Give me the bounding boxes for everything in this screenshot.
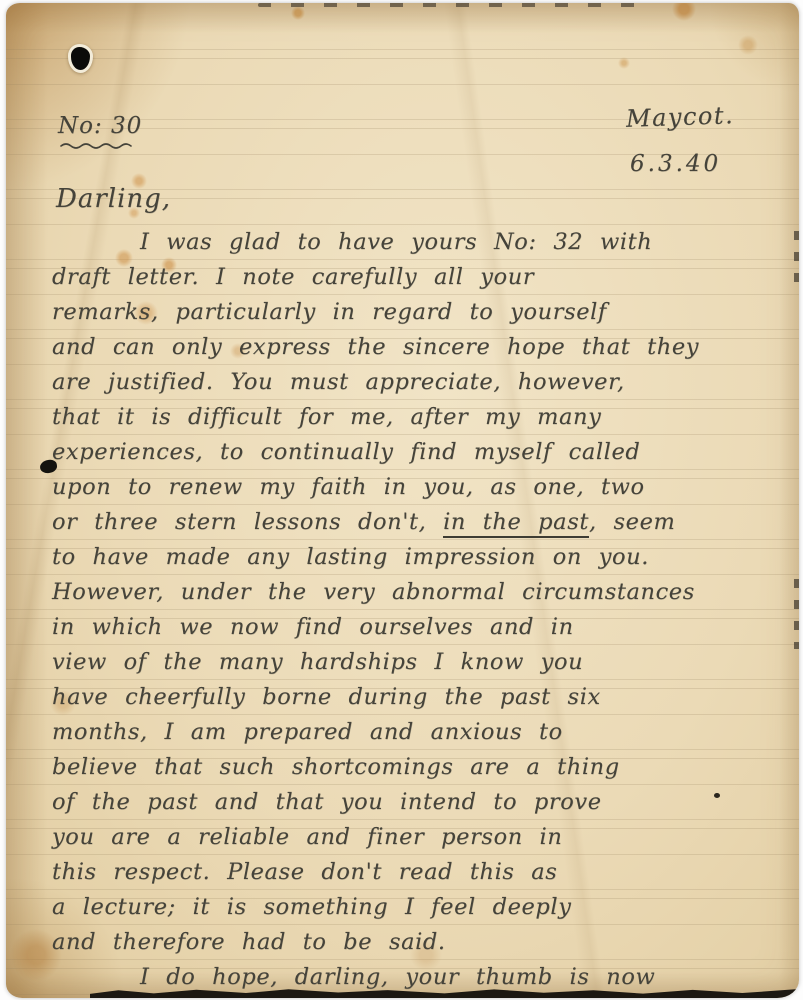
letter-line: in which we now find ourselves and in (52, 610, 799, 645)
letter-line-text: draft letter. I note carefully all your (52, 264, 534, 290)
letter-line-text: However, under the very abnormal circums… (52, 579, 695, 605)
scanned-letter-page: No: 30 Maycot. 6.3.40 Darling, I was gla… (0, 0, 803, 1000)
letter-line-text: are justified. You must appreciate, howe… (52, 369, 625, 395)
letter-line: this respect. Please don't read this as (52, 855, 799, 890)
letter-line: However, under the very abnormal circums… (52, 575, 799, 610)
letter-line-text: and therefore had to be said. (52, 929, 446, 955)
letter-line: months, I am prepared and anxious to (52, 715, 799, 750)
letter-line-text: a lecture; it is something I feel deeply (52, 894, 572, 920)
letter-date: 6.3.40 (630, 151, 721, 177)
letter-line-text: remarks, particularly in regard to yours… (52, 299, 607, 325)
underlined-phrase: in the past (443, 509, 589, 538)
letter-line-text: I do hope, darling, your thumb is now (140, 964, 655, 990)
letter-line: that it is difficult for me, after my ma… (52, 400, 799, 435)
letter-number-text: No: 30 (58, 113, 142, 139)
letter-line-text: believe that such shortcomings are a thi… (52, 754, 620, 780)
letter-line: remarks, particularly in regard to yours… (52, 295, 799, 330)
letter-line-text: I was glad to have yours No: 32 with (140, 229, 652, 255)
letter-line: you are a reliable and finer person in (52, 820, 799, 855)
letter-line: or three stern lessons don't, in the pas… (52, 505, 799, 540)
letter-line: I was glad to have yours No: 32 with (52, 225, 799, 260)
letter-line-text: experiences, to continually find myself … (52, 439, 640, 465)
letter-line: and therefore had to be said. (52, 925, 799, 960)
letter-line-text: have cheerfully borne during the past si… (52, 684, 601, 710)
letter-line-text: that it is difficult for me, after my ma… (52, 404, 601, 430)
letter-line: and can only express the sincere hope th… (52, 330, 799, 365)
letter-line: a lecture; it is something I feel deeply (52, 890, 799, 925)
letter-line-text: months, I am prepared and anxious to (52, 719, 563, 745)
letter-line: of the past and that you intend to prove (52, 785, 799, 820)
letter-line-text: this respect. Please don't read this as (52, 859, 557, 885)
letter-paper: No: 30 Maycot. 6.3.40 Darling, I was gla… (6, 3, 799, 998)
letter-place: Maycot. (626, 101, 735, 133)
letter-line: believe that such shortcomings are a thi… (52, 750, 799, 785)
letter-line-text: you are a reliable and finer person in (52, 824, 562, 850)
letter-line-text: of the past and that you intend to prove (52, 789, 602, 815)
letter-line-text: in which we now find ourselves and in (52, 614, 574, 640)
letter-line-text: or three stern lessons don't, (52, 509, 443, 535)
letter-line: view of the many hardships I know you (52, 645, 799, 680)
letter-line: to have made any lasting impression on y… (52, 540, 799, 575)
letter-line: upon to renew my faith in you, as one, t… (52, 470, 799, 505)
letter-line-text: , seem (589, 509, 675, 535)
letter-number: No: 30 (58, 113, 142, 150)
letter-body: I was glad to have yours No: 32 withdraf… (52, 225, 799, 995)
letter-line: are justified. You must appreciate, howe… (52, 365, 799, 400)
letter-line-text: view of the many hardships I know you (52, 649, 583, 675)
letter-line: draft letter. I note carefully all your (52, 260, 799, 295)
torn-top-edge-marks (258, 3, 650, 7)
letter-line-text: to have made any lasting impression on y… (52, 544, 649, 570)
salutation: Darling, (56, 184, 171, 214)
letter-line: experiences, to continually find myself … (52, 435, 799, 470)
letter-line-text: upon to renew my faith in you, as one, t… (52, 474, 645, 500)
letter-line: I do hope, darling, your thumb is now (52, 960, 799, 995)
letter-line: have cheerfully borne during the past si… (52, 680, 799, 715)
letter-line-text: and can only express the sincere hope th… (52, 334, 699, 360)
wavy-underline (60, 141, 132, 150)
